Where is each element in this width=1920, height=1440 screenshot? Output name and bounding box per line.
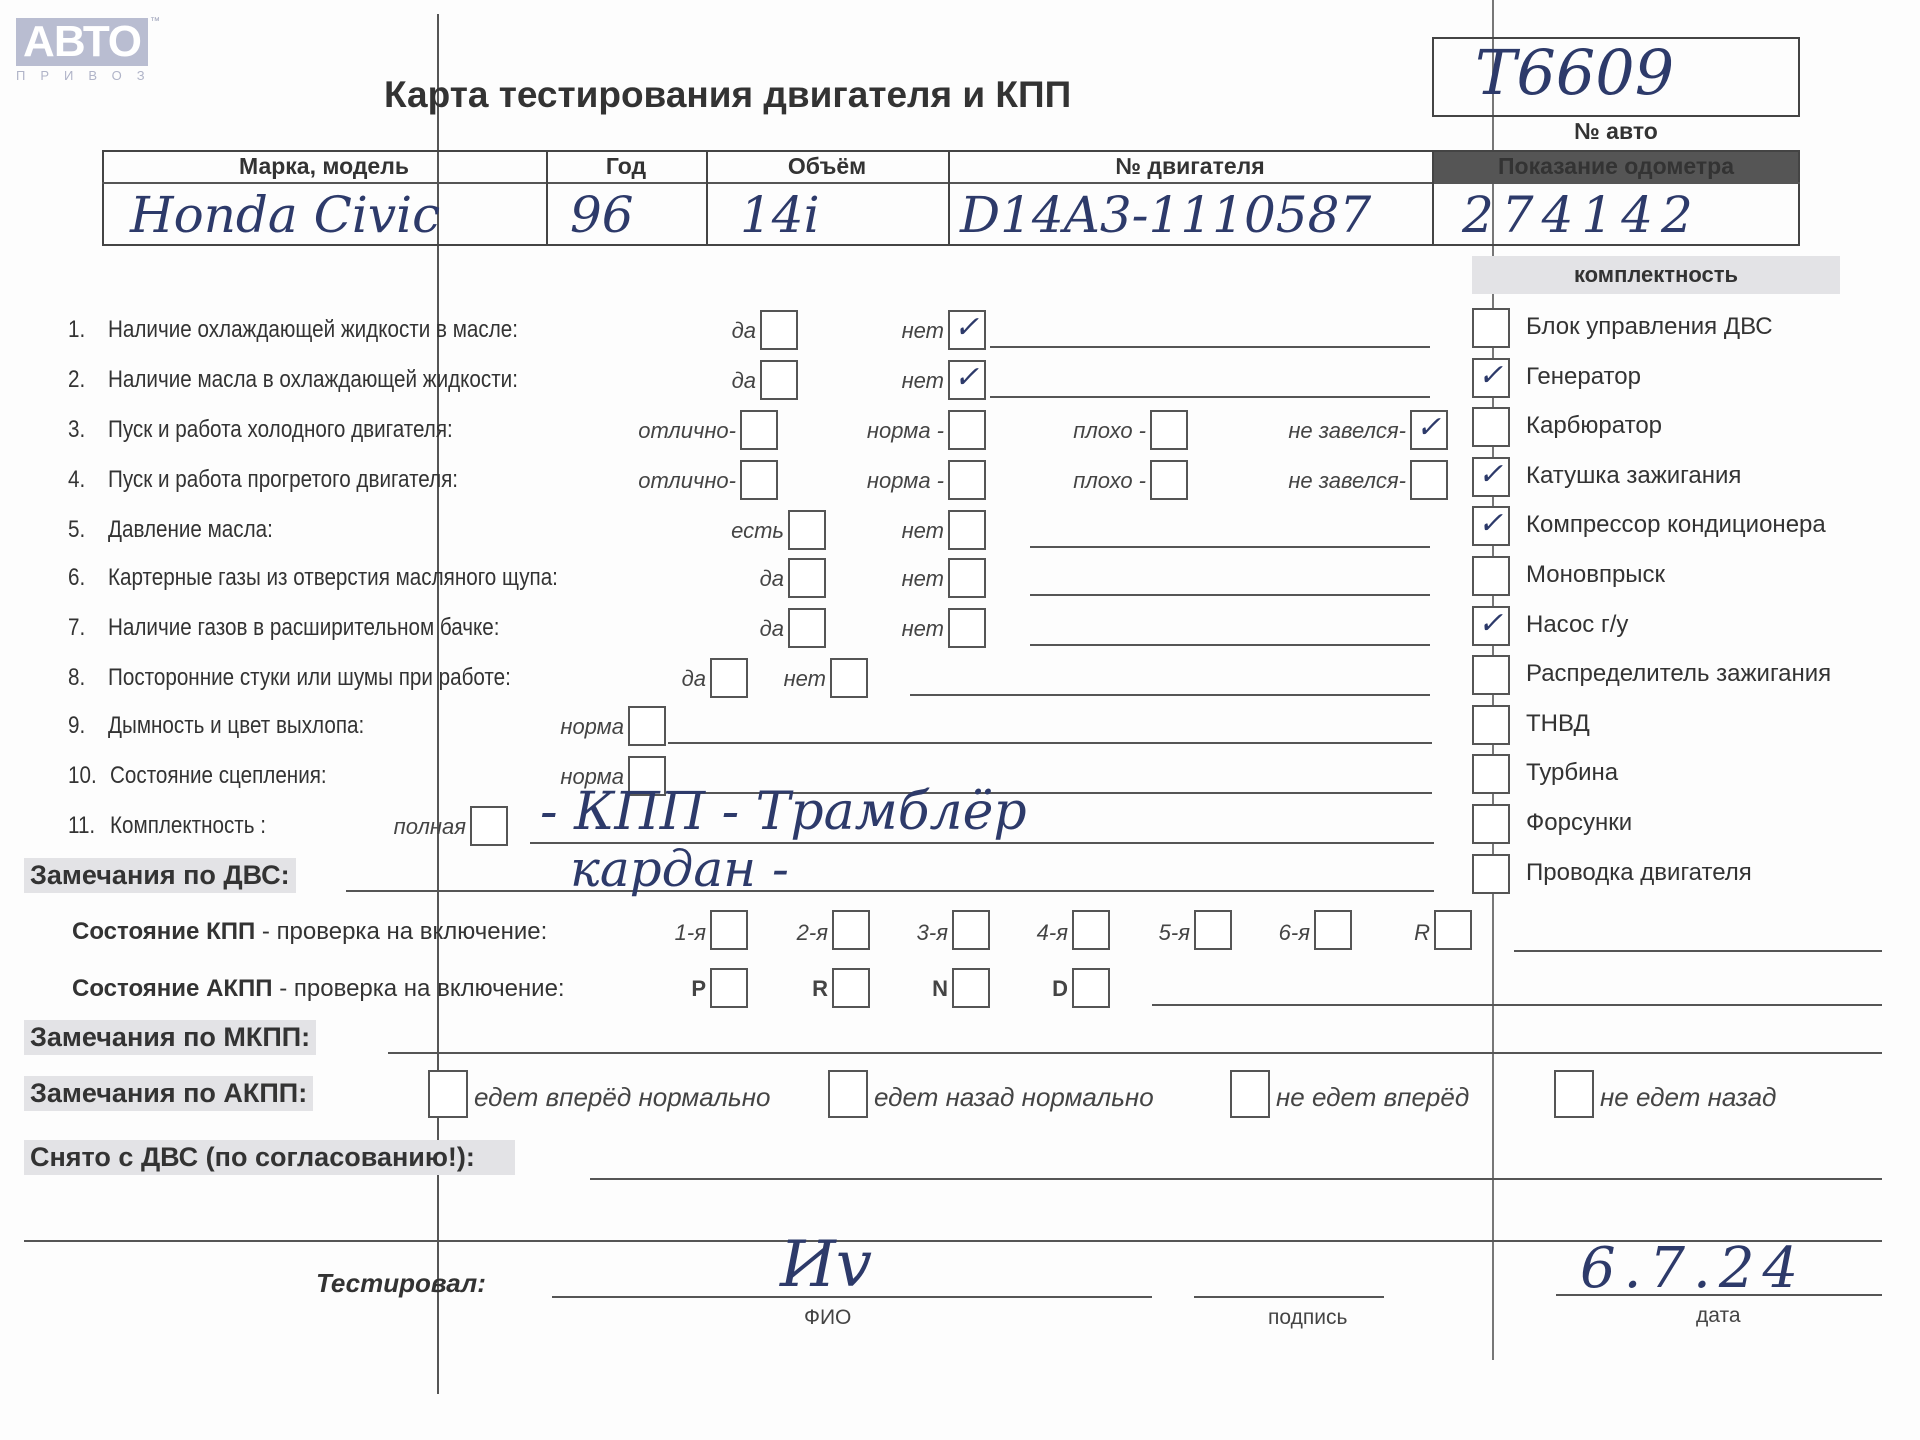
question-number: 4. — [68, 466, 85, 494]
answer-line[interactable] — [1030, 546, 1430, 548]
question-number: 6. — [68, 564, 85, 592]
option-label: да — [760, 616, 784, 642]
question-text: Дымность и цвет выхлопа: — [108, 712, 364, 740]
completeness-checkbox[interactable]: ✓ — [1472, 457, 1510, 497]
question-number: 9. — [68, 712, 85, 740]
gear-checkbox[interactable] — [832, 968, 870, 1008]
completeness-title: комплектность — [1472, 262, 1840, 288]
completeness-label: ТНВД — [1526, 710, 1590, 738]
completeness-checkbox[interactable] — [1472, 754, 1510, 794]
completeness-label: Блок управления ДВС — [1526, 313, 1773, 341]
kpp-label: Состояние КПП - проверка на включение: — [72, 918, 547, 946]
question-number: 7. — [68, 614, 85, 642]
completeness-checkbox[interactable]: ✓ — [1472, 606, 1510, 646]
removed-line — [590, 1178, 1882, 1180]
completeness-checkbox[interactable] — [1472, 407, 1510, 447]
akpp-remark-checkbox[interactable] — [428, 1070, 468, 1118]
gear-label: 2-я — [797, 920, 828, 946]
mkpp-remarks-label: Замечания по МКПП: — [24, 1020, 316, 1055]
gear-checkbox[interactable] — [1072, 968, 1110, 1008]
option-checkbox[interactable] — [830, 658, 868, 698]
option-checkbox[interactable] — [1150, 410, 1188, 450]
option-label: плохо - — [1073, 418, 1146, 444]
option-checkbox[interactable] — [788, 558, 826, 598]
gear-label: P — [691, 976, 706, 1002]
fio-caption: ФИО — [804, 1306, 851, 1330]
akpp-remark-label: едет назад нормально — [874, 1082, 1154, 1113]
option-label: да — [732, 368, 756, 394]
option-label: нет — [902, 318, 944, 344]
akpp-remark-checkbox[interactable] — [1554, 1070, 1594, 1118]
col-header-engine-no: № двигателя — [948, 153, 1432, 180]
completeness-label: Форсунки — [1526, 809, 1632, 837]
tested-label: Тестировал: — [316, 1268, 486, 1299]
car-number-value[interactable]: T6609 — [1475, 36, 1674, 109]
gear-checkbox[interactable] — [832, 910, 870, 950]
completeness-label: Моновпрыск — [1526, 561, 1665, 589]
option-label: полная — [394, 814, 466, 840]
question-number: 11. — [68, 812, 95, 840]
check-mark-icon: ✓ — [1416, 410, 1441, 445]
option-label: норма - — [867, 418, 944, 444]
question-number: 5. — [68, 516, 85, 544]
option-label: да — [732, 318, 756, 344]
option-label: есть — [731, 518, 784, 544]
option-label: норма — [560, 714, 624, 740]
completeness-checkbox[interactable] — [1472, 655, 1510, 695]
fio-value[interactable]: Иv — [780, 1228, 872, 1302]
question-text: Комплектность : — [110, 812, 266, 840]
question-text: Картерные газы из отверстия масляного щу… — [108, 564, 558, 592]
completeness-checkbox[interactable] — [1472, 804, 1510, 844]
akpp-remark-checkbox[interactable] — [1230, 1070, 1270, 1118]
model-value[interactable]: Honda Civic — [130, 186, 440, 244]
option-checkbox[interactable] — [948, 410, 986, 450]
option-checkbox[interactable] — [710, 658, 748, 698]
car-number-label: № авто — [1432, 118, 1800, 145]
gear-label: 5-я — [1159, 920, 1190, 946]
dvs-remarks-line — [346, 890, 1434, 892]
option-label: отлично- — [638, 468, 736, 494]
option-label: нет — [902, 616, 944, 642]
question-text: Пуск и работа прогретого двигателя: — [108, 466, 458, 494]
option-checkbox[interactable]: ✓ — [948, 360, 986, 400]
completeness-label: Турбина — [1526, 759, 1618, 787]
completeness-checkbox[interactable] — [1472, 705, 1510, 745]
engine-no-value[interactable]: D14A3-1110587 — [960, 186, 1371, 244]
gear-label: D — [1052, 976, 1068, 1002]
gear-checkbox[interactable] — [1314, 910, 1352, 950]
akpp-label: Состояние АКПП - проверка на включение: — [72, 975, 565, 1003]
option-checkbox[interactable] — [1150, 460, 1188, 500]
akpp-remark-label: едет вперёд нормально — [474, 1082, 770, 1113]
trademark: ™ — [150, 16, 160, 27]
completeness-note[interactable]: - КПП - Трамблёр — [540, 782, 1027, 842]
table-divider — [102, 182, 1800, 184]
option-label: да — [760, 566, 784, 592]
answer-line[interactable] — [668, 742, 1432, 744]
option-checkbox[interactable] — [470, 806, 508, 846]
col-header-odometer: Показание одометра — [1432, 153, 1800, 180]
completeness-label: Катушка зажигания — [1526, 462, 1741, 490]
akpp-note-line — [1152, 1004, 1882, 1006]
removed-label: Снято с ДВС (по согласованию!): — [24, 1140, 515, 1175]
option-checkbox[interactable] — [628, 706, 666, 746]
kpp-note-line — [1514, 950, 1882, 952]
completeness-label: Насос г/у — [1526, 611, 1628, 639]
answer-line[interactable] — [1030, 644, 1430, 646]
date-value[interactable]: 6.7.24 — [1580, 1236, 1806, 1301]
option-label: нет — [902, 566, 944, 592]
question-text: Посторонние стуки или шумы при работе: — [108, 664, 511, 692]
odometer-value[interactable]: 274142 — [1462, 186, 1701, 244]
dvs-remarks-label: Замечания по ДВС: — [24, 858, 296, 893]
check-mark-icon: ✓ — [1478, 457, 1503, 492]
answer-line[interactable] — [910, 694, 1430, 696]
gear-checkbox[interactable] — [952, 968, 990, 1008]
col-header-volume: Объём — [706, 153, 948, 180]
answer-line[interactable] — [1030, 594, 1430, 596]
answer-line[interactable] — [990, 396, 1430, 398]
option-checkbox[interactable] — [740, 410, 778, 450]
option-checkbox[interactable] — [788, 608, 826, 648]
completeness-checkbox[interactable]: ✓ — [1472, 358, 1510, 398]
brand-logo: АВТО — [16, 18, 148, 66]
gear-checkbox[interactable] — [1434, 910, 1472, 950]
option-checkbox[interactable]: ✓ — [948, 310, 986, 350]
check-mark-icon: ✓ — [954, 310, 979, 345]
gear-checkbox[interactable] — [710, 910, 748, 950]
gear-checkbox[interactable] — [710, 968, 748, 1008]
gear-checkbox[interactable] — [1072, 910, 1110, 950]
col-header-year: Год — [546, 153, 706, 180]
gear-label: N — [932, 976, 948, 1002]
gear-label: 4-я — [1037, 920, 1068, 946]
completeness-checkbox[interactable] — [1472, 556, 1510, 596]
mkpp-remarks-line — [388, 1052, 1882, 1054]
option-checkbox[interactable] — [740, 460, 778, 500]
akpp-remarks-label: Замечания по АКПП: — [24, 1076, 313, 1111]
question-number: 8. — [68, 664, 85, 692]
check-mark-icon: ✓ — [954, 360, 979, 395]
completeness-label: Генератор — [1526, 363, 1641, 391]
option-label: нет — [902, 368, 944, 394]
gear-label: R — [812, 976, 828, 1002]
question-text: Наличие охлаждающей жидкости в масле: — [108, 316, 518, 344]
question-text: Наличие газов в расширительном бачке: — [108, 614, 499, 642]
check-mark-icon: ✓ — [1478, 358, 1503, 393]
akpp-remark-label: не едет назад — [1600, 1082, 1776, 1113]
completeness-label: Проводка двигателя — [1526, 859, 1752, 887]
option-label: отлично- — [638, 418, 736, 444]
option-label: не завелся- — [1288, 468, 1406, 494]
gear-checkbox[interactable] — [952, 910, 990, 950]
option-checkbox[interactable] — [948, 510, 986, 550]
completeness-label: Распределитель зажигания — [1526, 660, 1831, 688]
check-mark-icon: ✓ — [1478, 506, 1503, 541]
question-number: 2. — [68, 366, 85, 394]
completeness-checkbox[interactable] — [1472, 308, 1510, 348]
signature-caption: подпись — [1268, 1306, 1347, 1330]
dvs-remarks-value[interactable]: кардан - — [570, 840, 789, 898]
question-text: Давление масла: — [108, 516, 273, 544]
signature-line[interactable] — [1194, 1296, 1384, 1298]
volume-value[interactable]: 14i — [740, 186, 820, 244]
option-checkbox[interactable]: ✓ — [1410, 410, 1448, 450]
question-number: 1. — [68, 316, 85, 344]
gear-label: R — [1414, 920, 1430, 946]
answer-line[interactable] — [990, 346, 1430, 348]
check-mark-icon: ✓ — [1478, 606, 1503, 641]
completeness-checkbox[interactable] — [1472, 854, 1510, 894]
option-checkbox[interactable] — [788, 510, 826, 550]
question-text: Наличие масла в охлаждающей жидкости: — [108, 366, 518, 394]
page-title: Карта тестирования двигателя и КПП — [384, 74, 1071, 116]
year-value[interactable]: 96 — [570, 186, 634, 244]
option-label: не завелся- — [1288, 418, 1406, 444]
question-text: Состояние сцепления: — [110, 762, 327, 790]
option-checkbox[interactable] — [948, 558, 986, 598]
option-checkbox[interactable] — [760, 310, 798, 350]
option-label: плохо - — [1073, 468, 1146, 494]
brand-subtitle: ПРИВОЗ — [16, 68, 160, 83]
completeness-label: Карбюратор — [1526, 412, 1662, 440]
akpp-remark-label: не едет вперёд — [1276, 1082, 1469, 1113]
question-number: 3. — [68, 416, 85, 444]
question-text: Пуск и работа холодного двигателя: — [108, 416, 453, 444]
gear-label: 6-я — [1279, 920, 1310, 946]
completeness-label: Компрессор кондиционера — [1526, 511, 1826, 539]
question-number: 10. — [68, 762, 97, 790]
option-checkbox[interactable] — [948, 460, 986, 500]
option-label: норма - — [867, 468, 944, 494]
gear-checkbox[interactable] — [1194, 910, 1232, 950]
option-label: нет — [902, 518, 944, 544]
option-checkbox[interactable] — [1410, 460, 1448, 500]
option-checkbox[interactable] — [760, 360, 798, 400]
date-caption: дата — [1696, 1304, 1741, 1328]
col-header-model: Марка, модель — [102, 153, 546, 180]
completeness-checkbox[interactable]: ✓ — [1472, 506, 1510, 546]
gear-label: 1-я — [675, 920, 706, 946]
option-label: нет — [784, 666, 826, 692]
gear-label: 3-я — [917, 920, 948, 946]
akpp-remark-checkbox[interactable] — [828, 1070, 868, 1118]
option-label: да — [682, 666, 706, 692]
option-checkbox[interactable] — [948, 608, 986, 648]
